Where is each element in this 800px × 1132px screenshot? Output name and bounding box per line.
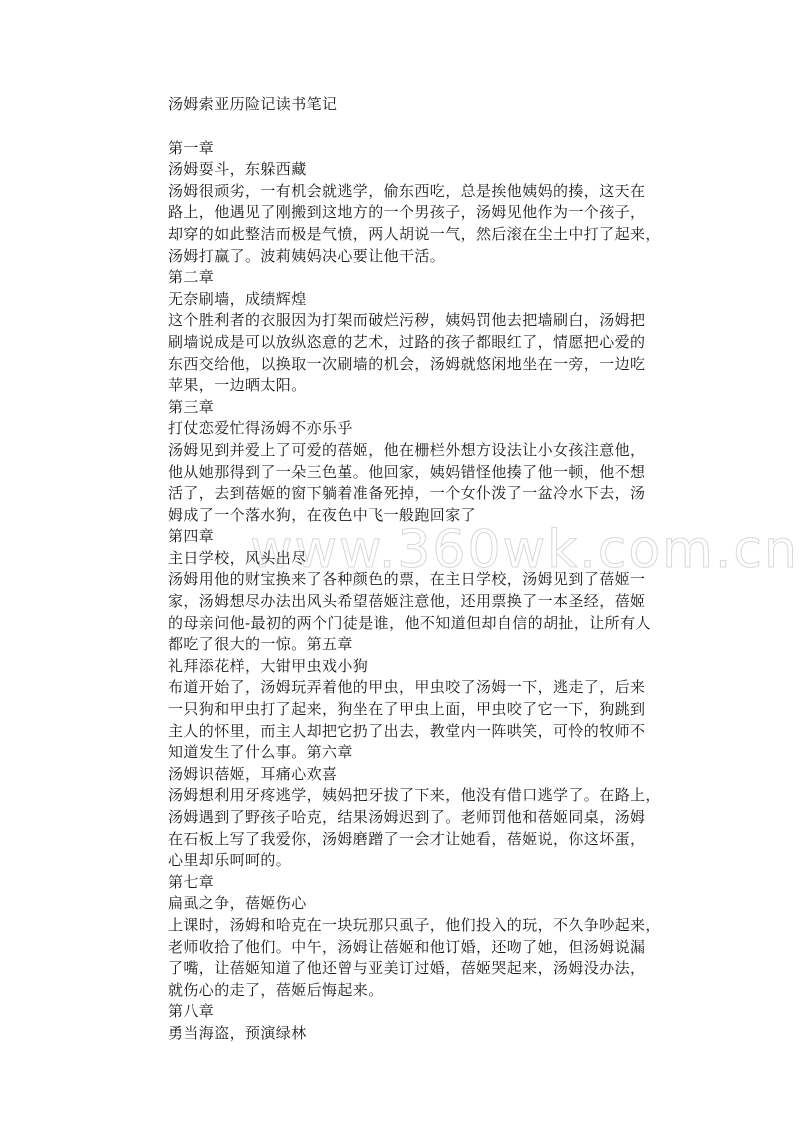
paragraph-line: 姆成了一个落水狗，在夜色中飞一般跑回家了 (168, 505, 648, 527)
paragraph-line: 汤姆打赢了。波莉姨妈决心要让他干活。 (168, 246, 648, 268)
paragraph-line: 主人的怀里，而主人却把它扔了出去，教堂内一阵哄笑，可怜的牧师不 (168, 721, 648, 743)
chapter-heading: 第一章 (168, 138, 648, 160)
paragraph-line: 活了，去到蓓姬的窗下躺着准备死掉，一个女仆泼了一盆冷水下去，汤 (168, 483, 648, 505)
paragraph-line: 东西交给他，以换取一次刷墙的机会，汤姆就悠闲地坐在一旁，一边吃 (168, 354, 648, 376)
chapter-heading: 第七章 (168, 872, 648, 894)
chapter-subtitle: 主日学校，风头出尽 (168, 548, 648, 570)
paragraph-line: 了嘴，让蓓姬知道了他还曾与亚美订过婚，蓓姬哭起来，汤姆没办法， (168, 958, 648, 980)
chapter-heading: 第四章 (168, 526, 648, 548)
paragraph-line: 汤姆见到并爱上了可爱的蓓姬，他在栅栏外想方设法让小女孩注意他， (168, 440, 648, 462)
paragraph-line: 都吃了很大的一惊。第五章 (168, 634, 648, 656)
document-title: 汤姆索亚历险记读书笔记 (168, 94, 648, 116)
paragraph-line: 一只狗和甲虫打了起来，狗坐在了甲虫上面，甲虫咬了它一下，狗跳到 (168, 699, 648, 721)
paragraph-line: 路上，他遇见了刚搬到这地方的一个男孩子，汤姆见他作为一个孩子， (168, 202, 648, 224)
paragraph-line: 家，汤姆想尽办法出风头希望蓓姬注意他，还用票换了一本圣经，蓓姬 (168, 591, 648, 613)
paragraph-line: 汤姆想利用牙疼逃学，姨妈把牙拔了下来，他没有借口逃学了。在路上， (168, 785, 648, 807)
document-page: 汤姆索亚历险记读书笔记 第一章 汤姆耍斗，东躲西藏 汤姆很顽劣，一有机会就逃学，… (168, 94, 648, 1045)
paragraph-line: 这个胜利者的衣服因为打架而破烂污秽，姨妈罚他去把墙刷白，汤姆把 (168, 310, 648, 332)
chapter-subtitle: 礼拜添花样，大钳甲虫戏小狗 (168, 656, 648, 678)
chapter-heading: 第二章 (168, 267, 648, 289)
chapter-heading: 第八章 (168, 1001, 648, 1023)
paragraph-line: 他从她那得到了一朵三色堇。他回家，姨妈错怪他揍了他一顿，他不想 (168, 462, 648, 484)
paragraph-line: 知道发生了什么事。第六章 (168, 742, 648, 764)
paragraph-line: 刷墙说成是可以放纵恣意的艺术，过路的孩子都眼红了，情愿把心爱的 (168, 332, 648, 354)
paragraph-line: 老师收拾了他们。中午，汤姆让蓓姬和他订婚，还吻了她，但汤姆说漏 (168, 937, 648, 959)
paragraph-line: 苹果，一边晒太阳。 (168, 375, 648, 397)
paragraph-line: 汤姆很顽劣，一有机会就逃学，偷东西吃，总是挨他姨妈的揍，这天在 (168, 181, 648, 203)
chapter-heading: 第三章 (168, 397, 648, 419)
document-body: 第一章 汤姆耍斗，东躲西藏 汤姆很顽劣，一有机会就逃学，偷东西吃，总是挨他姨妈的… (168, 138, 648, 1045)
chapter-subtitle: 打仗恋爱忙得汤姆不亦乐乎 (168, 418, 648, 440)
paragraph-line: 心里却乐呵呵的。 (168, 850, 648, 872)
paragraph-line: 上课时，汤姆和哈克在一块玩那只虱子，他们投入的玩，不久争吵起来， (168, 915, 648, 937)
paragraph-line: 汤姆遇到了野孩子哈克，结果汤姆迟到了。老师罚他和蓓姬同桌，汤姆 (168, 807, 648, 829)
chapter-subtitle: 汤姆耍斗，东躲西藏 (168, 159, 648, 181)
chapter-subtitle: 无奈刷墙，成绩辉煌 (168, 289, 648, 311)
chapter-subtitle: 勇当海盗，预演绿林 (168, 1023, 648, 1045)
paragraph-line: 却穿的如此整洁而极是气愤，两人胡说一气，然后滚在尘土中打了起来， (168, 224, 648, 246)
paragraph-line: 就伤心的走了，蓓姬后悔起来。 (168, 980, 648, 1002)
chapter-subtitle: 汤姆识蓓姬，耳痛心欢喜 (168, 764, 648, 786)
paragraph-line: 布道开始了，汤姆玩弄着他的甲虫，甲虫咬了汤姆一下，逃走了，后来 (168, 677, 648, 699)
paragraph-line: 汤姆用他的财宝换来了各种颜色的票，在主日学校，汤姆见到了蓓姬一 (168, 569, 648, 591)
chapter-subtitle: 扁虱之争，蓓姬伤心 (168, 893, 648, 915)
paragraph-line: 在石板上写了我爱你，汤姆磨蹭了一会才让她看，蓓姬说，你这坏蛋， (168, 829, 648, 851)
paragraph-line: 的母亲问他-最初的两个门徒是谁，他不知道但却自信的胡扯，让所有人 (168, 613, 648, 635)
